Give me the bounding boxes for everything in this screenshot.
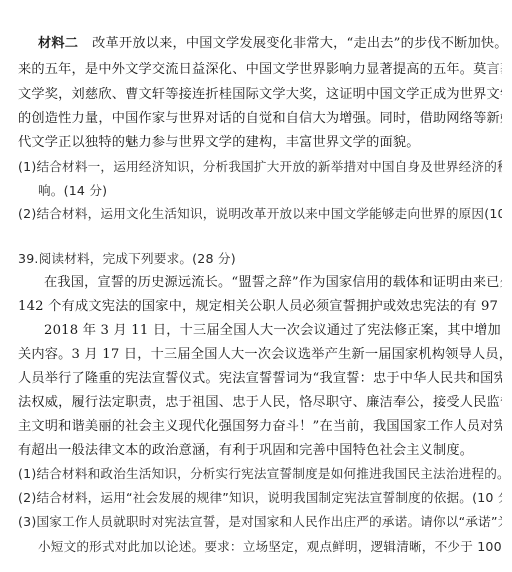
q39-paragraph-2-line-4: 法权威，履行法定职责，忠于祖国、忠于人民，恪尽职守、廉洁奉公，接受人民监督，为建… xyxy=(18,393,502,413)
q39-paragraph-2-line-1: 2018 年 3 月 11 日，十三届全国人大一次会议通过了宪法修正案，其中增加… xyxy=(44,321,502,341)
material-two-line-4: 的创造性力量，中国作家与世界对话的自觉和自信大为增强。同时，借助网络等新媒体，中… xyxy=(18,109,502,129)
q38-question-2: (2)结合材料，运用文化生活知识，说明改革开放以来中国文学能够走向世界的原因(1… xyxy=(18,204,502,224)
material-two-line-1: 材料二改革开放以来，中国文学发展变化非常大，“走出去”的步伐不断加快。十八大以 xyxy=(38,34,502,54)
q39-heading: 39.阅读材料，完成下列要求。(28 分) xyxy=(18,249,502,269)
q38-question-1-line-2: 响。(14 分) xyxy=(38,181,502,201)
q39-question-1: (1)结合材料和政治生活知识，分析实行宪法宣誓制度是如何推进我国民主法治进程的。… xyxy=(18,464,502,484)
q39-paragraph-1-line-2: 142 个有成文宪法的国家中，规定相关公职人员必须宣誓拥护或效忠宪法的有 97 … xyxy=(18,297,502,317)
material-two-line-2: 来的五年，是中外文学交流日益深化、中国文学世界影响力显著提高的五年。莫言获得诺贝… xyxy=(18,60,502,80)
q39-question-3-line-2: 小短文的形式对此加以论述。要求：立场坚定，观点鲜明，逻辑清晰，不少于 100 字… xyxy=(38,537,502,557)
q39-paragraph-2-line-2: 关内容。3 月 17 日，十三届全国人大一次会议选举产生新一届国家机构领导人员，… xyxy=(18,345,502,365)
material-two-line-5: 代文学正以独特的魅力参与世界文学的建构，丰富世界文学的面貌。 xyxy=(18,133,502,153)
material-two-label: 材料二 xyxy=(38,36,78,51)
exam-page: 材料二改革开放以来，中国文学发展变化非常大，“走出去”的步伐不断加快。十八大以 … xyxy=(0,0,512,572)
q39-paragraph-2-line-3: 人员举行了隆重的宪法宣誓仪式。宪法宣誓誓词为“我宣誓：忠于中华人民共和国宪法，维… xyxy=(18,369,502,389)
material-two-line-3: 文学奖，刘慈欣、曹文轩等接连折桂国际文学大奖，这证明中国文学正成为世界文学越来越… xyxy=(18,85,502,105)
q39-paragraph-2-line-5: 主文明和谐美丽的社会主义现代化强国努力奋斗！”在当前，我国国家工作人员对宪法宣誓… xyxy=(18,417,502,437)
q39-question-2: (2)结合材料，运用“社会发展的规律”知识，说明我国制定宪法宣誓制度的依据。(1… xyxy=(18,488,502,508)
q38-question-1-line-1: (1)结合材料一，运用经济知识，分析我国扩大开放的新举措对中国自身及世界经济的积… xyxy=(18,157,502,177)
q39-question-3-line-1: (3)国家工作人员就职时对宪法宣誓，是对国家和人民作出庄严的承诺。请你以“承诺”… xyxy=(18,512,502,532)
q39-paragraph-1-line-1: 在我国，宣誓的历史源远流长。“盟誓之辞”作为国家信用的载体和证明由来已久。世界上 xyxy=(44,273,502,293)
q39-paragraph-2-line-6: 有超出一般法律文本的政治意涵，有利于巩固和完善中国特色社会主义制度。 xyxy=(18,441,502,461)
